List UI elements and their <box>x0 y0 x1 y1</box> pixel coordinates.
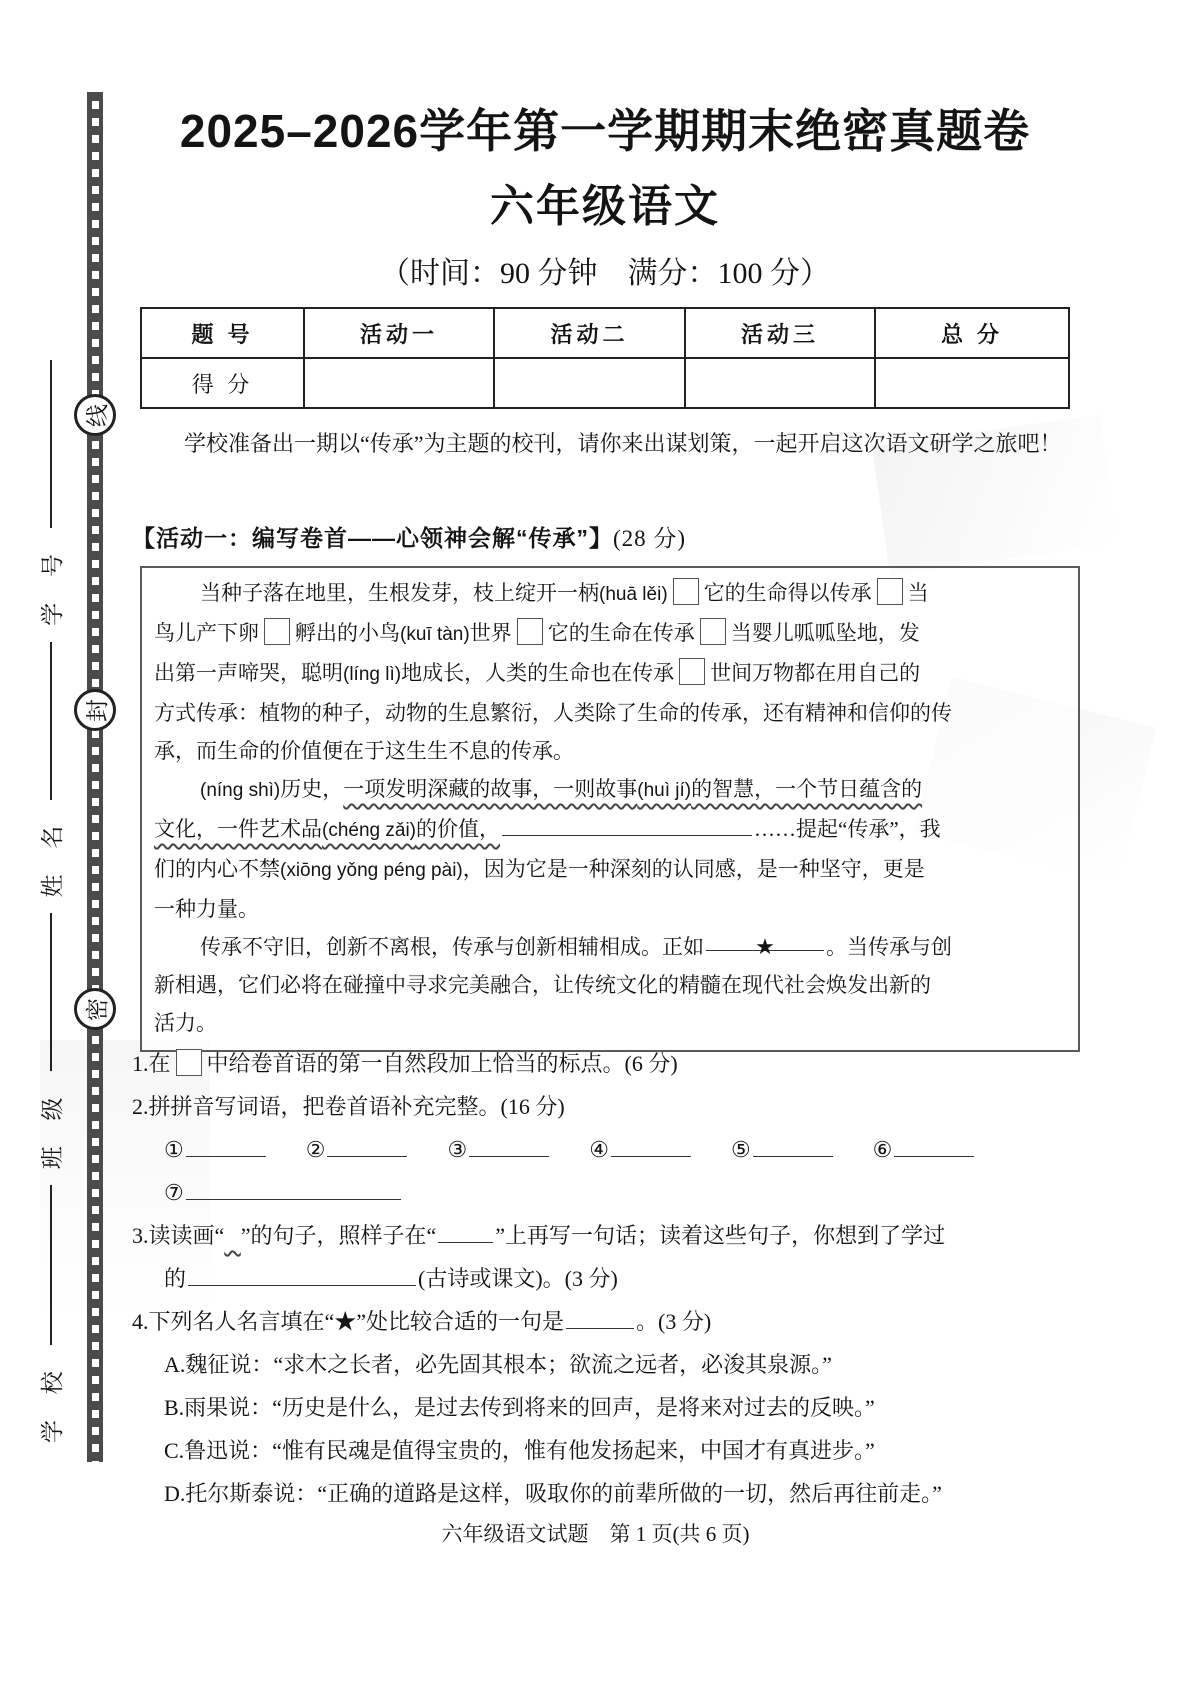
answer-blank <box>894 1134 974 1157</box>
activity1-heading-text: 【活动一：编写卷首——心领神会解“传承”】 <box>132 525 613 551</box>
student-number-label: 学 号 <box>34 544 67 626</box>
answer-blank <box>327 1134 407 1157</box>
answer-blank <box>438 1220 493 1243</box>
school-label: 学 校 <box>34 1361 67 1443</box>
punctuation-box <box>679 658 705 685</box>
question-1: 1.在中给卷首语的第一自然段加上恰当的标点。(6 分) <box>132 1042 1082 1085</box>
question-3-line1: 3.读读画“ ”的句子，照样子在“”上再写一句话；读着这些句子，你想到了学过 <box>132 1214 1082 1257</box>
score-table-header-question: 题 号 <box>141 308 304 358</box>
answer-blank <box>753 1134 833 1157</box>
passage-line: 新相遇，它们必将在碰撞中寻求完美融合，让传统文化的精髓在现代社会焕发出新的 <box>154 966 1066 1004</box>
passage-line: 一种力量。 <box>154 890 1066 928</box>
passage-line: 活力。 <box>154 1004 1066 1042</box>
passage-line: 当种子落在地里，生根发芽，枝上绽开一柄(huā lěi)它的生命得以传承当 <box>154 574 1066 614</box>
student-info-margin: 学 校 班 级 姓 名 学 号 <box>29 117 71 1469</box>
seal-char-label: 封 <box>79 699 112 722</box>
answer-blank <box>188 1263 416 1286</box>
question-4-option-d: D.托尔斯泰说：“正确的道路是这样，吸取你的前辈所做的一切，然后再往前走。” <box>132 1472 1082 1515</box>
score-cell-activity2 <box>494 358 685 408</box>
passage-line: 文化，一件艺术品(chéng zǎi)的价值，……提起“传承”，我 <box>154 810 1066 850</box>
answer-blank <box>186 1177 401 1200</box>
seal-char-label: 线 <box>79 404 112 427</box>
seal-char-mi: 密 <box>74 988 116 1030</box>
student-number-blank-line <box>48 360 52 528</box>
passage-line: 传承不守旧，创新不离根，传承与创新相辅相成。正如★。当传承与创 <box>154 928 1066 966</box>
passage-line: 们的内心不禁(xiōng yǒng péng pài)，因为它是一种深刻的认同感… <box>154 850 1066 890</box>
punctuation-box <box>673 578 699 605</box>
questions-section: 1.在中给卷首语的第一自然段加上恰当的标点。(6 分) 2.拼拼音写词语，把卷首… <box>132 1042 1082 1515</box>
score-table-header-activity2: 活动二 <box>494 308 685 358</box>
passage-box: 当种子落在地里，生根发芽，枝上绽开一柄(huā lěi)它的生命得以传承当 鸟儿… <box>140 566 1080 1052</box>
score-row-label: 得 分 <box>141 358 304 408</box>
question-3-line2: 的(古诗或课文)。(3 分) <box>132 1257 1082 1300</box>
passage-line: 鸟儿产下卵孵出的小鸟(kuī tàn)世界它的生命在传承当婴儿呱呱坠地，发 <box>154 614 1066 654</box>
question-4-option-c: C.鲁迅说：“惟有民魂是值得宝贵的，惟有他发扬起来，中国才有真进步。” <box>132 1429 1082 1472</box>
passage-line: 方式传承：植物的种子，动物的生息繁衍，人类除了生命的传承，还有精神和信仰的传 <box>154 694 1066 732</box>
punctuation-box <box>264 618 290 645</box>
intro-paragraph: 学校准备出一期以“传承”为主题的校刊，请你来出谋划策，一起开启这次语文研学之旅吧… <box>140 424 1078 464</box>
seal-char-label: 密 <box>79 998 112 1021</box>
passage-line: (níng shì)历史，一项发明深藏的故事，一则故事(huì jí)的智慧，一… <box>154 770 1066 810</box>
class-label: 班 级 <box>34 1088 67 1170</box>
answer-blank <box>611 1134 691 1157</box>
star-blank: ★ <box>706 928 824 951</box>
question-2: 2.拼拼音写词语，把卷首语补充完整。(16 分) <box>132 1085 1082 1128</box>
question-4-option-a: A.魏征说：“求木之长者，必先固其根本；欲流之远者，必浚其泉源。” <box>132 1343 1082 1386</box>
seal-char-xian: 线 <box>74 394 116 436</box>
question-4-option-b: B.雨果说：“历史是什么，是过去传到将来的回声，是将来对过去的反映。” <box>132 1386 1082 1429</box>
punctuation-box <box>700 618 726 645</box>
score-table-header-activity3: 活动三 <box>685 308 875 358</box>
question-2-blanks-row1: ①②③④⑤⑥ <box>132 1128 1082 1171</box>
question-4: 4.下列名人名言填在“★”处比较合适的一句是。(3 分) <box>132 1300 1082 1343</box>
score-cell-activity1 <box>304 358 494 408</box>
score-table: 题 号 活动一 活动二 活动三 总 分 得 分 <box>140 307 1070 409</box>
school-blank-line <box>48 1185 52 1345</box>
activity1-heading: 【活动一：编写卷首——心领神会解“传承”】(28 分) <box>132 520 686 553</box>
passage-line: 承，而生命的价值便在于这生生不息的传承。 <box>154 732 1066 770</box>
name-blank-line <box>48 642 52 800</box>
score-cell-activity3 <box>685 358 875 408</box>
punctuation-box <box>176 1049 202 1076</box>
punctuation-box <box>517 618 543 645</box>
name-label: 姓 名 <box>34 816 67 898</box>
answer-blank <box>469 1134 549 1157</box>
exam-subject-title: 六年级语文 <box>130 170 1080 234</box>
score-table-header-activity1: 活动一 <box>304 308 494 358</box>
activity1-score: (28 分) <box>613 526 686 551</box>
answer-blank <box>186 1134 266 1157</box>
answer-blank <box>566 1306 634 1329</box>
punctuation-box <box>877 578 903 605</box>
time-and-score-line: （时间：90 分钟 满分：100 分） <box>130 248 1080 292</box>
exam-title: 2025–2026学年第一学期期末绝密真题卷 <box>130 95 1080 161</box>
question-2-blanks-row2: ⑦ <box>132 1171 1082 1214</box>
page-footer: 六年级语文试题 第 1 页(共 6 页) <box>0 1518 1191 1548</box>
passage-line: 出第一声啼哭，聪明(líng lì)地成长，人类的生命也在传承世间万物都在用自己… <box>154 654 1066 694</box>
score-cell-total <box>875 358 1069 408</box>
score-table-score-row: 得 分 <box>141 358 1069 408</box>
seal-dashed-line <box>87 92 103 1462</box>
answer-blank <box>502 813 752 836</box>
class-blank-line <box>48 914 52 1072</box>
score-table-header-total: 总 分 <box>875 308 1069 358</box>
seal-char-feng: 封 <box>74 689 116 731</box>
score-table-header-row: 题 号 活动一 活动二 活动三 总 分 <box>141 308 1069 358</box>
